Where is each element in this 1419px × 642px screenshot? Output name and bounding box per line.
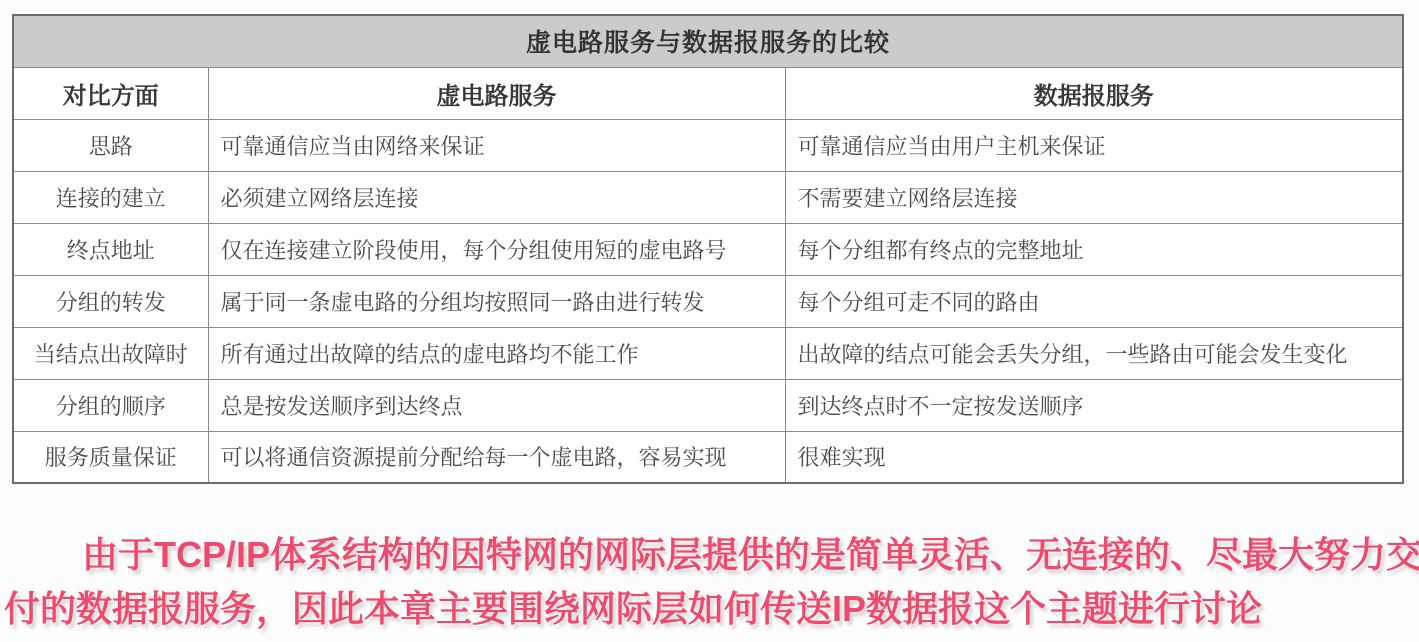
note-line-2: 付的数据报服务，因此本章主要围绕网际层如何传送IP数据报这个主题进行讨论 bbox=[4, 582, 1415, 636]
virtual-circuit-cell: 总是按发送顺序到达终点 bbox=[208, 379, 785, 431]
datagram-cell: 每个分组都有终点的完整地址 bbox=[785, 223, 1403, 275]
virtual-circuit-cell: 仅在连接建立阶段使用，每个分组使用短的虚电路号 bbox=[208, 223, 785, 275]
virtual-circuit-cell: 必须建立网络层连接 bbox=[208, 171, 785, 223]
virtual-circuit-cell: 可以将通信资源提前分配给每一个虚电路，容易实现 bbox=[208, 431, 785, 483]
datagram-cell: 每个分组可走不同的路由 bbox=[785, 275, 1403, 327]
table-row: 当结点出故障时所有通过出故障的结点的虚电路均不能工作出故障的结点可能会丢失分组，… bbox=[13, 327, 1403, 379]
slide: 虚电路服务与数据报服务的比较 对比方面 虚电路服务 数据报服务 思路可靠通信应当… bbox=[0, 0, 1419, 642]
table-row: 分组的转发属于同一条虚电路的分组均按照同一路由进行转发每个分组可走不同的路由 bbox=[13, 275, 1403, 327]
table-title: 虚电路服务与数据报服务的比较 bbox=[13, 15, 1403, 67]
table-row: 思路可靠通信应当由网络来保证可靠通信应当由用户主机来保证 bbox=[13, 119, 1403, 171]
aspect-cell: 分组的顺序 bbox=[13, 379, 208, 431]
note-paragraph: 由于TCP/IP体系结构的因特网的网际层提供的是简单灵活、无连接的、尽最大努力交… bbox=[0, 528, 1419, 636]
comparison-table-wrapper: 虚电路服务与数据报服务的比较 对比方面 虚电路服务 数据报服务 思路可靠通信应当… bbox=[12, 14, 1404, 484]
virtual-circuit-cell: 可靠通信应当由网络来保证 bbox=[208, 119, 785, 171]
aspect-cell: 分组的转发 bbox=[13, 275, 208, 327]
datagram-cell: 不需要建立网络层连接 bbox=[785, 171, 1403, 223]
aspect-cell: 连接的建立 bbox=[13, 171, 208, 223]
virtual-circuit-cell: 所有通过出故障的结点的虚电路均不能工作 bbox=[208, 327, 785, 379]
table-row: 终点地址仅在连接建立阶段使用，每个分组使用短的虚电路号每个分组都有终点的完整地址 bbox=[13, 223, 1403, 275]
aspect-cell: 终点地址 bbox=[13, 223, 208, 275]
table-header-row: 对比方面 虚电路服务 数据报服务 bbox=[13, 67, 1403, 119]
datagram-cell: 出故障的结点可能会丢失分组，一些路由可能会发生变化 bbox=[785, 327, 1403, 379]
table-row: 服务质量保证可以将通信资源提前分配给每一个虚电路，容易实现很难实现 bbox=[13, 431, 1403, 483]
aspect-cell: 服务质量保证 bbox=[13, 431, 208, 483]
note-line-1: 由于TCP/IP体系结构的因特网的网际层提供的是简单灵活、无连接的、尽最大努力交 bbox=[4, 528, 1415, 582]
aspect-cell: 思路 bbox=[13, 119, 208, 171]
datagram-cell: 到达终点时不一定按发送顺序 bbox=[785, 379, 1403, 431]
table-row: 连接的建立必须建立网络层连接不需要建立网络层连接 bbox=[13, 171, 1403, 223]
datagram-cell: 很难实现 bbox=[785, 431, 1403, 483]
virtual-circuit-cell: 属于同一条虚电路的分组均按照同一路由进行转发 bbox=[208, 275, 785, 327]
table-title-row: 虚电路服务与数据报服务的比较 bbox=[13, 15, 1403, 67]
datagram-cell: 可靠通信应当由用户主机来保证 bbox=[785, 119, 1403, 171]
column-header-aspect: 对比方面 bbox=[13, 67, 208, 119]
column-header-datagram: 数据报服务 bbox=[785, 67, 1403, 119]
table-row: 分组的顺序总是按发送顺序到达终点到达终点时不一定按发送顺序 bbox=[13, 379, 1403, 431]
comparison-table: 虚电路服务与数据报服务的比较 对比方面 虚电路服务 数据报服务 思路可靠通信应当… bbox=[12, 14, 1404, 484]
column-header-virtual-circuit: 虚电路服务 bbox=[208, 67, 785, 119]
aspect-cell: 当结点出故障时 bbox=[13, 327, 208, 379]
